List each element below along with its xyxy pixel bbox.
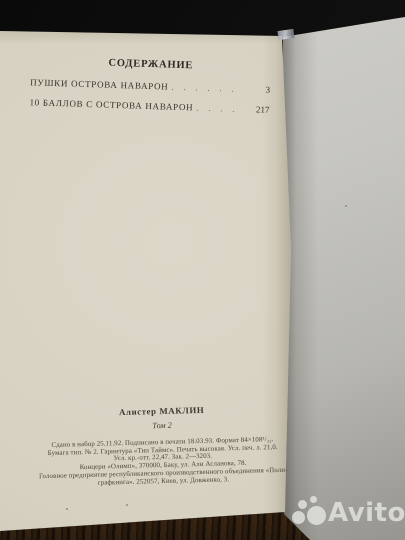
colophon: Алистер МАКЛИН Том 2 Сдано в набор 25.11…: [14, 398, 311, 489]
avito-watermark-text: Avito: [328, 494, 405, 534]
paper-speck: [66, 508, 68, 510]
toc-entry: 10 БАЛЛОВ С ОСТРОВА НАВАРОН . . . . . . …: [29, 97, 269, 116]
toc-entry: ПУШКИ ОСТРОВА НАВАРОН . . . . . . . . . …: [30, 77, 270, 96]
toc-entry-title: 10 БАЛЛОВ С ОСТРОВА НАВАРОН: [29, 97, 193, 112]
volume-label: Том 2: [14, 417, 309, 434]
toc-dot-leader: . . . . . . . . . .: [196, 103, 240, 114]
toc-entry-title: ПУШКИ ОСТРОВА НАВАРОН: [30, 77, 169, 91]
toc-page-number: 217: [243, 104, 269, 115]
avito-logo-dot: [310, 496, 317, 503]
avito-logo-dot: [298, 500, 307, 509]
avito-logo-dot: [307, 506, 326, 525]
avito-logo-dot: [292, 511, 305, 524]
toc-dot-leader: . . . . . . . . . . . . . .: [171, 83, 241, 95]
author-name: Алистер МАКЛИН: [14, 402, 309, 420]
paper-speck: [345, 205, 347, 207]
imprint-lines: Сдано в набор 25.11.92. Подписано в печа…: [15, 435, 311, 489]
avito-logo-icon: [288, 494, 328, 534]
avito-watermark: Avito: [288, 494, 400, 534]
table-of-contents: СОДЕРЖАНИЕ ПУШКИ ОСТРОВА НАВАРОН . . . .…: [29, 54, 271, 125]
book-photo-scene: СОДЕРЖАНИЕ ПУШКИ ОСТРОВА НАВАРОН . . . .…: [0, 0, 405, 540]
toc-page-number: 3: [244, 84, 270, 95]
paper-speck: [126, 504, 128, 506]
